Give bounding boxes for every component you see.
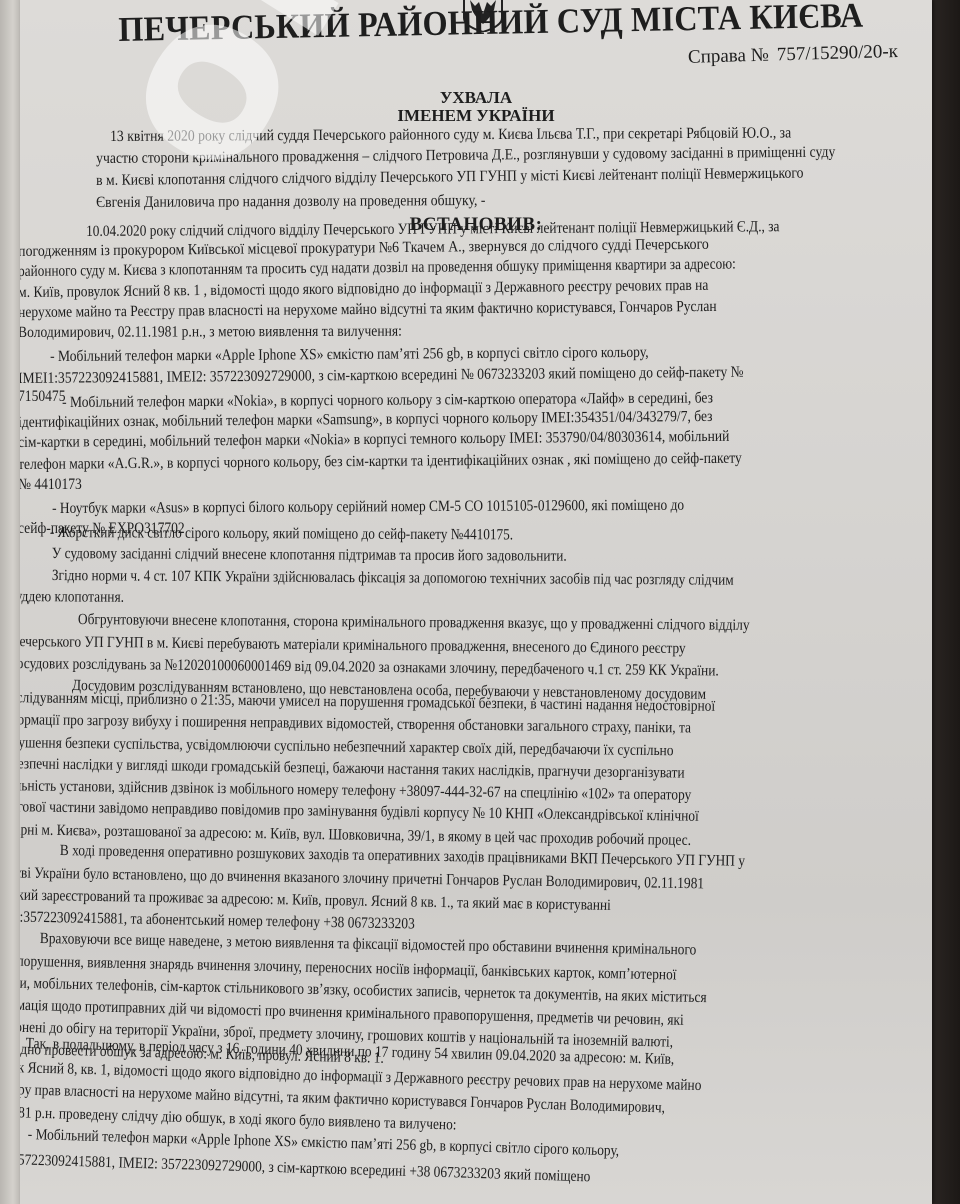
court-name: ПЕЧЕРСЬКИЙ РАЙОННИЙ СУД МІСТА КИЄВА [118, 0, 864, 50]
body-line: нерухоме майно та Реєстру прав власності… [20, 298, 717, 322]
body-line: - Жорсткий диск світло сірого кольору, я… [50, 524, 513, 544]
body-line: - Мобільний телефон марки «Apple Iphone … [50, 344, 649, 366]
intro-line: в м. Києві клопотання слідчого слідчого … [96, 165, 804, 190]
body-line: 7150475 [20, 388, 65, 406]
intro-line: Євгенія Даниловича про надання дозволу н… [96, 192, 485, 212]
body-line: сім-картки в середині, мобільний телефон… [20, 428, 729, 452]
body-line: Печерського УП ГУНП в м. Києві перебуваю… [20, 633, 686, 658]
case-label: Справа № [688, 45, 769, 68]
intro-line: участю сторони кримінального провадження… [96, 144, 835, 168]
court-ruling-document: ПЕЧЕРСЬКИЙ РАЙОННИЙ СУД МІСТА КИЄВА Спра… [20, 0, 932, 1204]
intro-line: 13 квітня 2020 року слідчий суддя Печерс… [110, 124, 791, 146]
body-line: - Ноутбук марки «Asus» в корпусі білого … [52, 497, 684, 518]
body-line: Обгрунтовуючи внесене клопотання, сторон… [78, 611, 750, 635]
doc-type-heading: УХВАЛА [20, 88, 932, 108]
body-line: Володимирович, 02.11.1981 р.н., з метою … [20, 323, 402, 342]
case-number: 757/15290/20-к [777, 41, 899, 65]
body-line: № 4410173 [20, 476, 82, 494]
body-line: Згідно норми ч. 4 ст. 107 КПК України зд… [52, 567, 734, 590]
case-number-line: Справа №757/15290/20-к [680, 41, 898, 69]
in-name-of-ukraine-heading: ІМЕНЕМ УКРАЇНИ [20, 106, 932, 126]
body-line: телефон марки «A.G.R.», в корпусі чорног… [20, 450, 742, 474]
body-line: суддею клопотання. [20, 588, 124, 607]
body-line: IMEI1:357223092415881, IMEI2: 3572230927… [20, 364, 744, 388]
body-line: У судовому засіданні слідчий внесене кло… [52, 545, 567, 566]
body-line: досудових розслідувань за №1202010006000… [20, 655, 719, 680]
body-line: інформації про загрозу вибуху і поширенн… [20, 711, 691, 737]
